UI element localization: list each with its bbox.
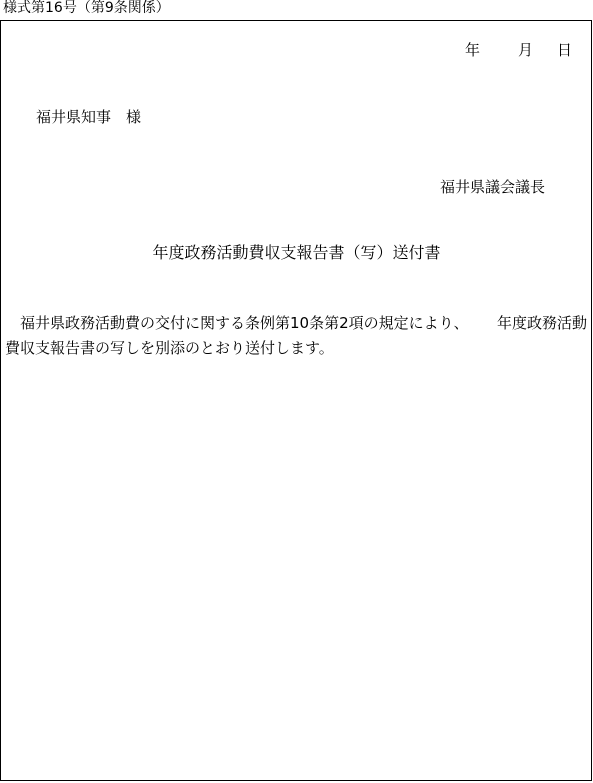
- document-border-box: [0, 20, 592, 781]
- form-number-label: 様式第16号（第9条関係）: [3, 1, 170, 16]
- addressee-line: 福井県知事 様: [36, 109, 141, 126]
- body-paragraph-line-1: 福井県政務活動費の交付に関する条例第10条第2項の規定により、: [5, 315, 469, 332]
- body-paragraph-line-1-year-segment: 年度政務活動: [497, 315, 587, 332]
- document-page: 様式第16号（第9条関係） 年 月 日 福井県知事 様 福井県議会議長 年度政務…: [0, 0, 593, 783]
- document-title: 年度政務活動費収支報告書（写）送付書: [0, 244, 593, 262]
- sender-line: 福井県議会議長: [440, 179, 545, 196]
- date-month-label: 月: [518, 42, 533, 59]
- date-day-label: 日: [557, 42, 572, 59]
- date-year-label: 年: [465, 42, 480, 59]
- body-paragraph-line-2: 費収支報告書の写しを別添のとおり送付します。: [5, 340, 334, 357]
